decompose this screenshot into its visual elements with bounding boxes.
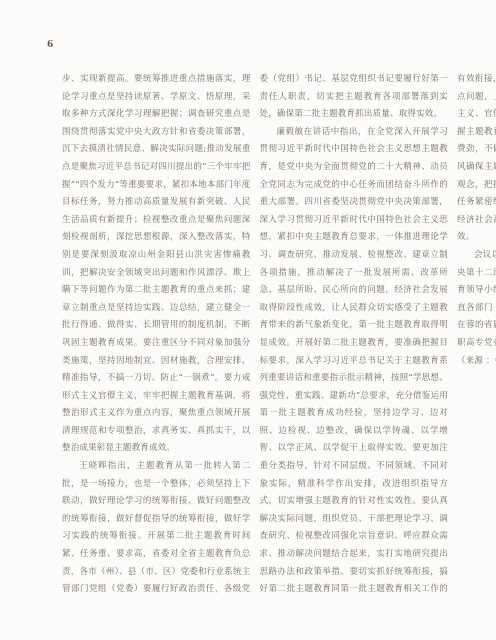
- paragraph: 步、实现新提高。要统筹推进重点措施落实，理论学习重点是坚持读原著、学原文、悟原理…: [62, 71, 251, 458]
- article-body: 步、实现新提高。要统筹推进重点措施落实，理论学习重点是坚持读原著、学原文、悟原理…: [62, 71, 448, 599]
- paragraph-text: 会议以电视电话会议形式开至各市（州），中央第十二巡回指导组副组长及成员，省委主题…: [457, 250, 496, 366]
- page-number: 6: [47, 40, 53, 50]
- magazine-page: 6 步、实现新提高。要统筹推进重点措施落实，理论学习重点是坚持读原著、学原文、悟…: [0, 0, 496, 640]
- paragraph-text: 步、实现新提高。要统筹推进重点措施落实，理论学习重点是坚持读原著、学原文、悟原理…: [62, 74, 251, 453]
- paragraph: 会议以电视电话会议形式开至各市（州），中央第十二巡回指导组副组长及成员，省委主题…: [457, 247, 496, 370]
